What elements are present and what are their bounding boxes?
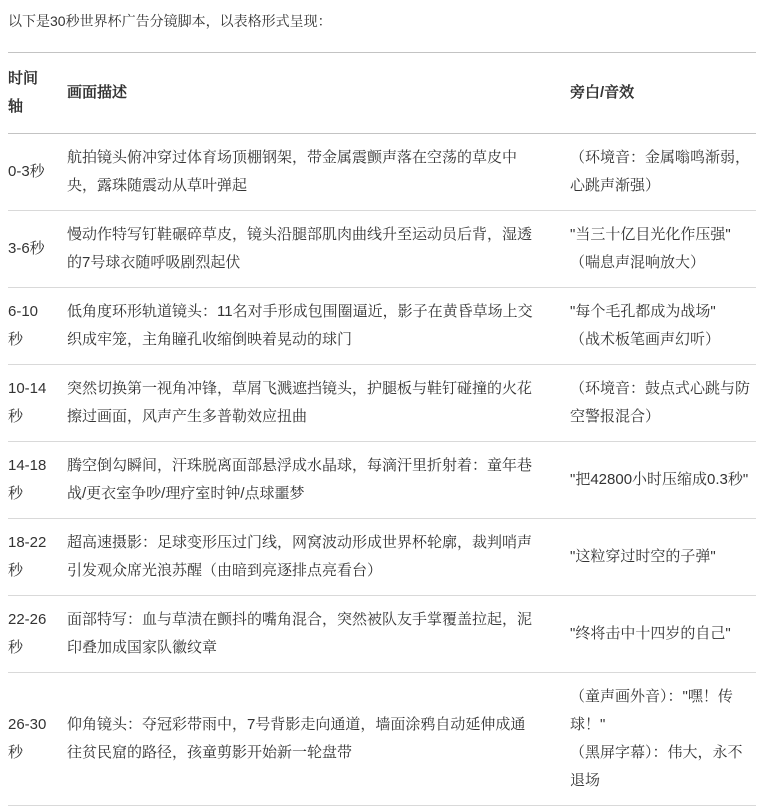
cell-scene-description: 低角度环形轨道镜头：11名对手形成包围圈逼近，影子在黄昏草场上交织成牢笼，主角瞳…: [67, 288, 570, 365]
table-row: 10-14秒 突然切换第一视角冲锋，草屑飞溅遮挡镜头，护腿板与鞋钉碰撞的火花擦过…: [8, 365, 756, 442]
cell-timeline: 3-6秒: [8, 211, 67, 288]
cell-timeline: 18-22秒: [8, 519, 67, 596]
cell-narration-sfx: "当三十亿目光化作压强" （喘息声混响放大）: [570, 211, 756, 288]
cell-timeline: 0-3秒: [8, 134, 67, 211]
cell-narration-sfx: "每个毛孔都成为战场" （战术板笔画声幻听）: [570, 288, 756, 365]
table-row: 22-26秒 面部特写：血与草渍在颤抖的嘴角混合，突然被队友手掌覆盖拉起，泥印叠…: [8, 596, 756, 673]
table-row: 6-10秒 低角度环形轨道镜头：11名对手形成包围圈逼近，影子在黄昏草场上交织成…: [8, 288, 756, 365]
table-row: 26-30秒 仰角镜头：夺冠彩带雨中，7号背影走向通道，墙面涂鸦自动延伸成通往贫…: [8, 673, 756, 806]
cell-timeline: 10-14秒: [8, 365, 67, 442]
column-header-narration-sfx: 旁白/音效: [570, 53, 756, 134]
cell-scene-description: 慢动作特写钉鞋碾碎草皮，镜头沿腿部肌肉曲线升至运动员后背，湿透的7号球衣随呼吸剧…: [67, 211, 570, 288]
table-row: 14-18秒 腾空倒勾瞬间，汗珠脱离面部悬浮成水晶球，每滴汗里折射着：童年巷战/…: [8, 442, 756, 519]
cell-narration-sfx: （环境音：鼓点式心跳与防空警报混合）: [570, 365, 756, 442]
document: 以下是30秒世界杯广告分镜脚本，以表格形式呈现： 时间轴 画面描述 旁白/音效 …: [0, 0, 764, 806]
cell-timeline: 14-18秒: [8, 442, 67, 519]
cell-scene-description: 腾空倒勾瞬间，汗珠脱离面部悬浮成水晶球，每滴汗里折射着：童年巷战/更衣室争吵/理…: [67, 442, 570, 519]
storyboard-table: 时间轴 画面描述 旁白/音效 0-3秒 航拍镜头俯冲穿过体育场顶棚钢架，带金属震…: [8, 52, 756, 806]
table-row: 3-6秒 慢动作特写钉鞋碾碎草皮，镜头沿腿部肌肉曲线升至运动员后背，湿透的7号球…: [8, 211, 756, 288]
column-header-timeline: 时间轴: [8, 53, 67, 134]
column-header-scene-description: 画面描述: [67, 53, 570, 134]
table-row: 18-22秒 超高速摄影：足球变形压过门线，网窝波动形成世界杯轮廓，裁判哨声引发…: [8, 519, 756, 596]
cell-scene-description: 仰角镜头：夺冠彩带雨中，7号背影走向通道，墙面涂鸦自动延伸成通往贫民窟的路径，孩…: [67, 673, 570, 806]
table-header-row: 时间轴 画面描述 旁白/音效: [8, 53, 756, 134]
cell-narration-sfx: "这粒穿过时空的子弹": [570, 519, 756, 596]
cell-scene-description: 面部特写：血与草渍在颤抖的嘴角混合，突然被队友手掌覆盖拉起，泥印叠加成国家队徽纹…: [67, 596, 570, 673]
cell-scene-description: 超高速摄影：足球变形压过门线，网窝波动形成世界杯轮廓，裁判哨声引发观众席光浪苏醒…: [67, 519, 570, 596]
cell-timeline: 6-10秒: [8, 288, 67, 365]
intro-text: 以下是30秒世界杯广告分镜脚本，以表格形式呈现：: [8, 10, 756, 32]
cell-timeline: 26-30秒: [8, 673, 67, 806]
cell-narration-sfx: "终将击中十四岁的自己": [570, 596, 756, 673]
table-head: 时间轴 画面描述 旁白/音效: [8, 53, 756, 134]
cell-timeline: 22-26秒: [8, 596, 67, 673]
table-row: 0-3秒 航拍镜头俯冲穿过体育场顶棚钢架，带金属震颤声落在空荡的草皮中央，露珠随…: [8, 134, 756, 211]
cell-narration-sfx: "把42800小时压缩成0.3秒": [570, 442, 756, 519]
cell-scene-description: 航拍镜头俯冲穿过体育场顶棚钢架，带金属震颤声落在空荡的草皮中央，露珠随震动从草叶…: [67, 134, 570, 211]
table-body: 0-3秒 航拍镜头俯冲穿过体育场顶棚钢架，带金属震颤声落在空荡的草皮中央，露珠随…: [8, 134, 756, 806]
cell-narration-sfx: （环境音：金属嗡鸣渐弱，心跳声渐强）: [570, 134, 756, 211]
cell-scene-description: 突然切换第一视角冲锋，草屑飞溅遮挡镜头，护腿板与鞋钉碰撞的火花擦过画面，风声产生…: [67, 365, 570, 442]
cell-narration-sfx: （童声画外音）："嘿！传球！" （黑屏字幕）：伟大，永不退场: [570, 673, 756, 806]
